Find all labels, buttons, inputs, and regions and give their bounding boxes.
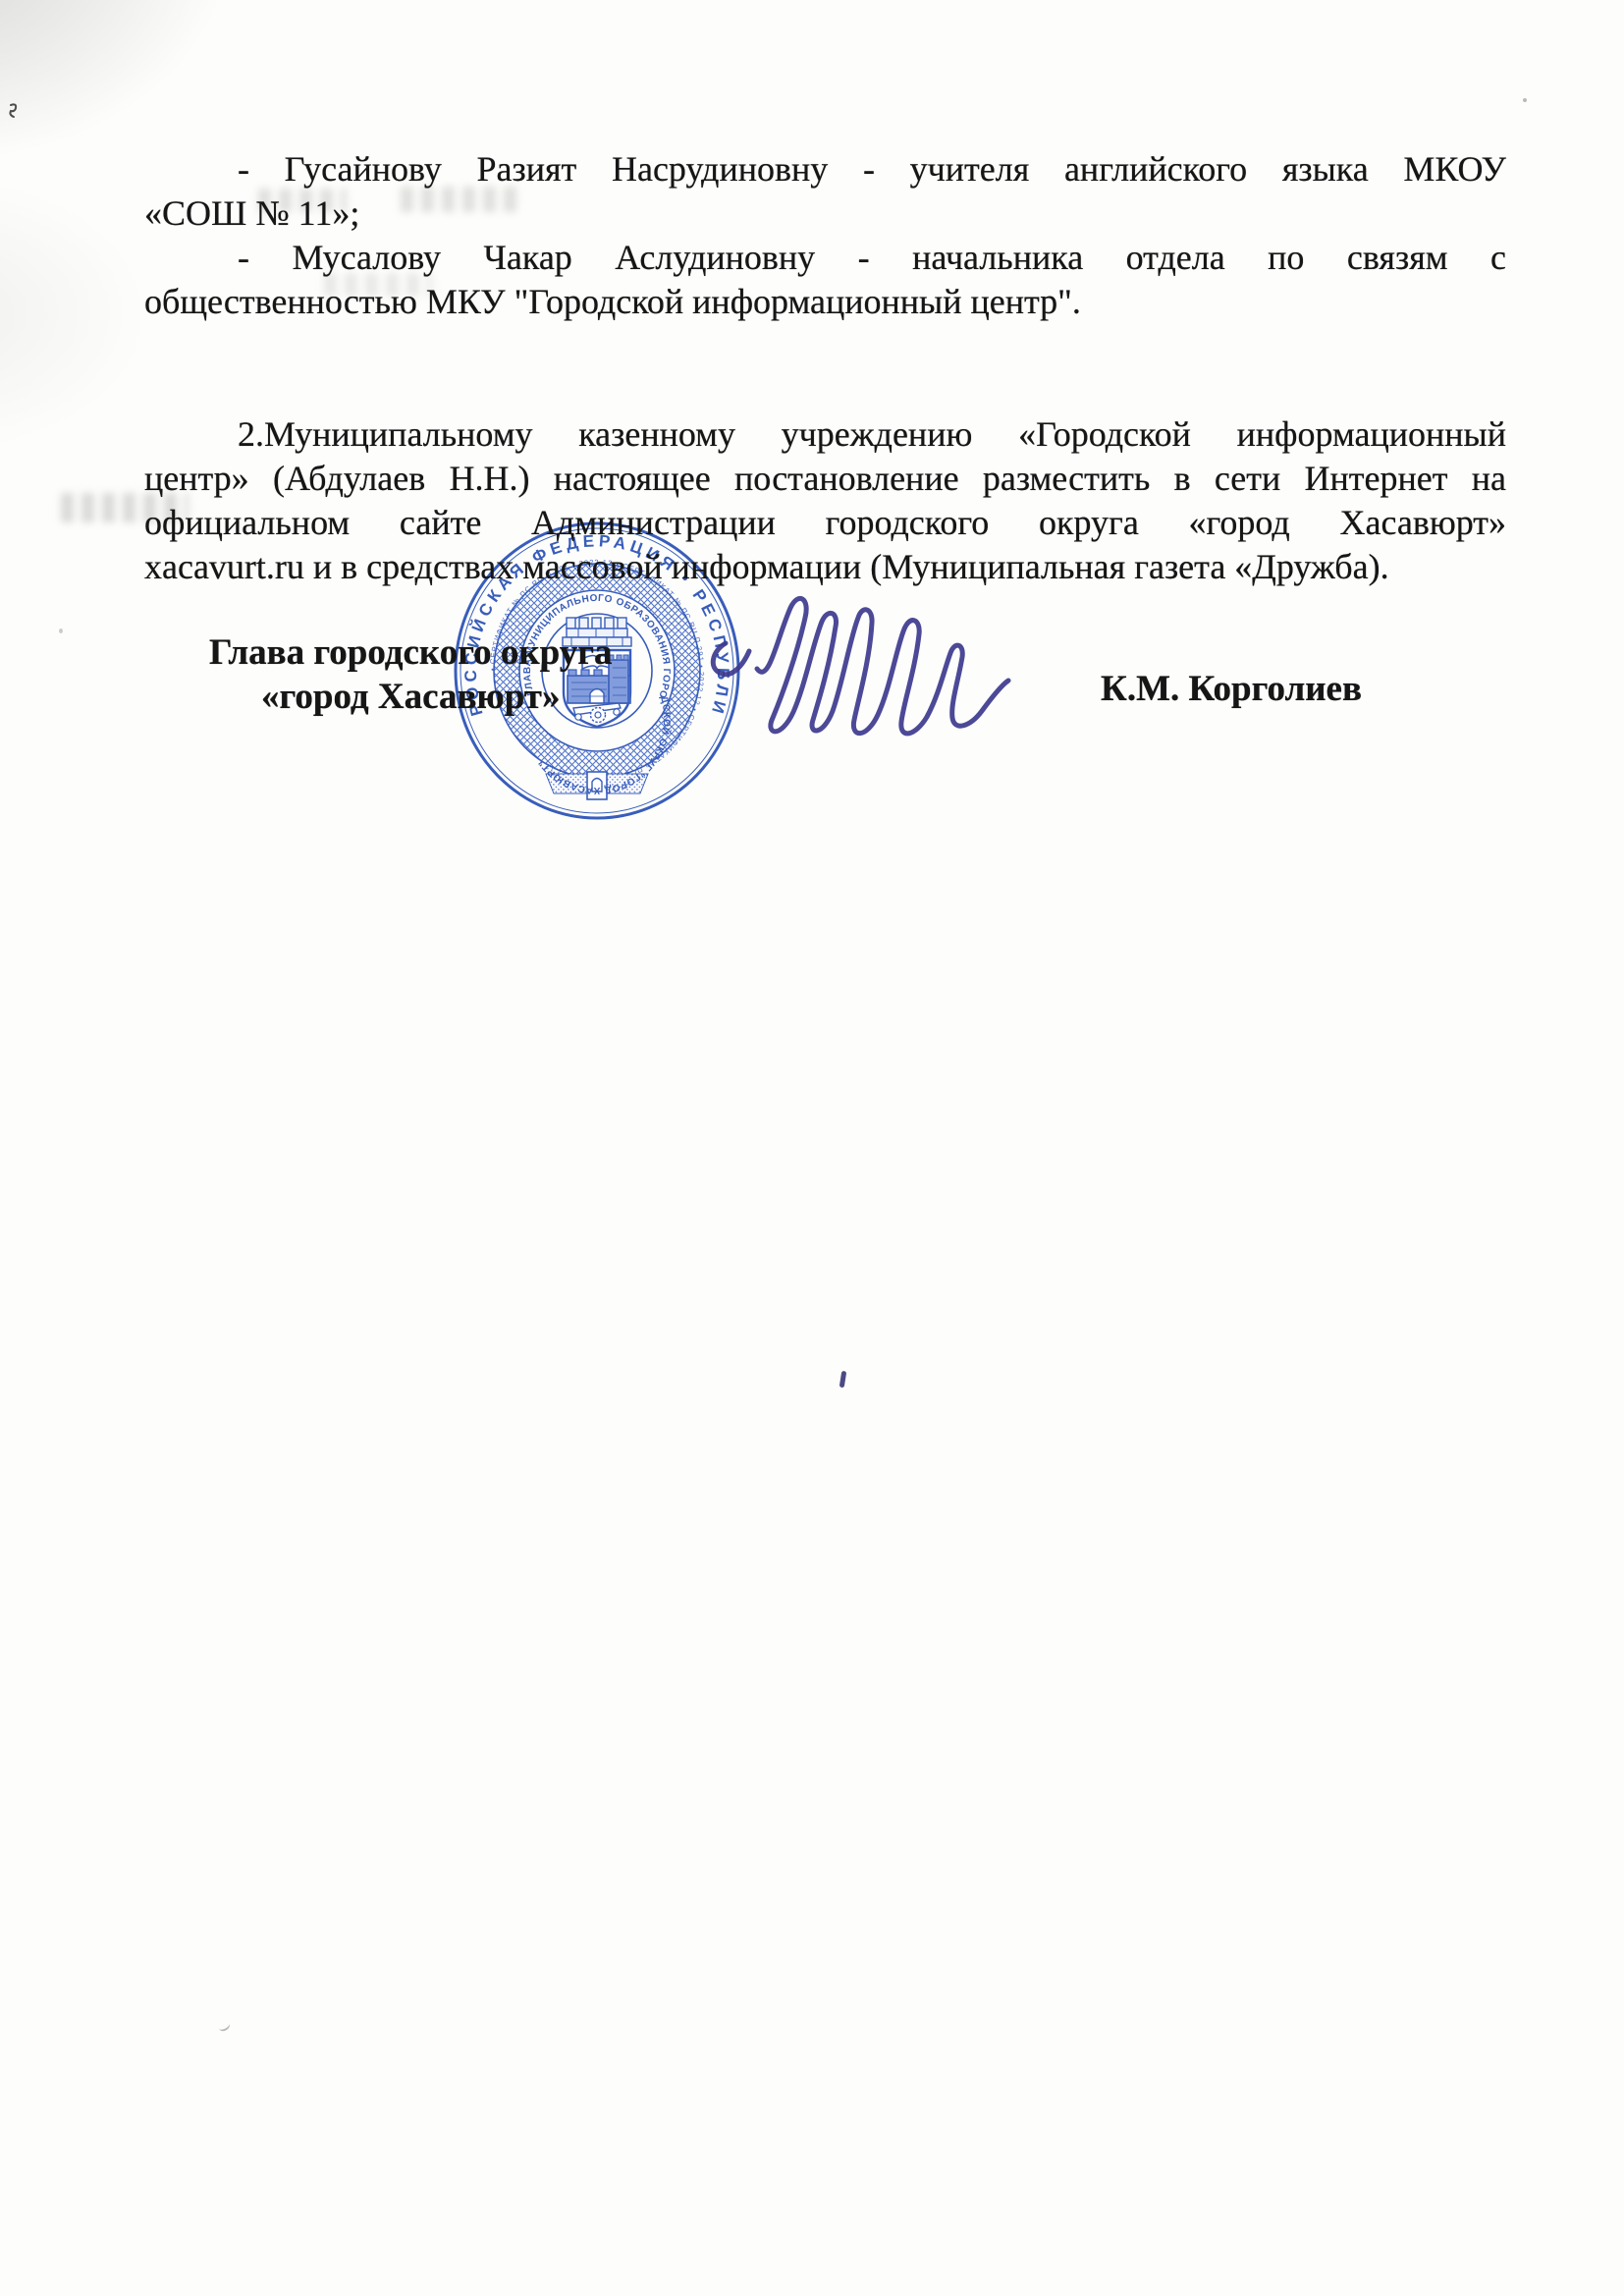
- text-line: официальном сайте Администрации городско…: [144, 501, 1506, 545]
- paragraph-item-2-resolution: 2.Муниципальному казенному учреждению «Г…: [144, 412, 1506, 589]
- signature-ink: [702, 574, 1016, 771]
- paragraph-list-item-1: - Гусайнову Разият Насрудиновну - учител…: [144, 147, 1506, 236]
- stray-ink-mark: [839, 1371, 847, 1389]
- handwritten-signature: [702, 574, 1016, 771]
- text-line: «СОШ № 11»;: [144, 191, 1506, 236]
- scanner-speck: [8, 102, 22, 120]
- signer-name: К.М. Корголиев: [1101, 669, 1362, 710]
- document-body: - Гусайнову Разият Насрудиновну - учител…: [144, 147, 1506, 589]
- text-line: общественностью МКУ "Городской информаци…: [144, 280, 1506, 324]
- text-line: - Мусалову Чакар Аслудиновну - начальник…: [144, 236, 1506, 280]
- text-line: - Гусайнову Разият Насрудиновну - учител…: [144, 147, 1506, 191]
- signature-title-line1: Глава городского округа: [209, 632, 613, 674]
- scanner-speck: [59, 629, 63, 633]
- scanner-speck: [216, 2019, 231, 2033]
- paragraph-list-item-2: - Мусалову Чакар Аслудиновну - начальник…: [144, 236, 1506, 324]
- text-line: центр» (Абдулаев Н.Н.) настоящее постано…: [144, 457, 1506, 501]
- paragraph-spacer: [144, 324, 1506, 412]
- text-line: 2.Муниципальному казенному учреждению «Г…: [144, 412, 1506, 457]
- scanner-speck: [1523, 98, 1527, 102]
- signature-title-line2: «город Хасавюрт»: [261, 677, 560, 718]
- scanned-document-page: - Гусайнову Разият Насрудиновну - учител…: [0, 0, 1624, 2296]
